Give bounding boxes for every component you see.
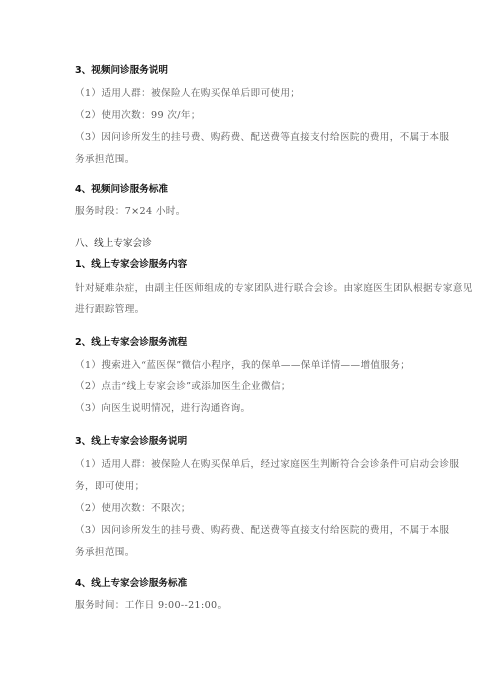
- list-item: （3）向医生说明情况，进行沟通咨询。: [75, 403, 251, 415]
- list-item: （1）搜索进入“蓝医保”微信小程序，我的保单——保单详情——增值服务；: [75, 360, 410, 372]
- list-item: （1）适用人群：被保险人在购买保单后即可使用；: [75, 88, 300, 100]
- section-heading: 4、视频问诊服务标准: [75, 184, 168, 196]
- section-heading: 1、线上专家会诊服务内容: [75, 259, 187, 271]
- section-heading: 2、线上专家会诊服务流程: [75, 337, 187, 349]
- section-heading: 3、视频问诊服务说明: [75, 65, 168, 77]
- chapter-heading: 八、线上专家会诊: [75, 238, 152, 250]
- list-item: （2）使用次数：99 次/年；: [75, 110, 201, 122]
- list-item: （2）点击“线上专家会诊”或添加医生企业微信；: [75, 381, 291, 393]
- section-heading: 4、线上专家会诊服务标准: [75, 578, 187, 590]
- list-item: （2）使用次数：不限次；: [75, 503, 191, 515]
- paragraph: 服务时段：7×24 小时。: [75, 206, 186, 218]
- paragraph: 针对疑难杂症，由副主任医师组成的专家团队进行联合会诊。由家庭医生团队根据专家意见: [75, 283, 473, 295]
- list-item: （3）因问诊所发生的挂号费、购药费、配送费等直接支付给医院的费用，不属于本服: [75, 132, 449, 144]
- list-item-continued: 务承担范围。: [75, 154, 135, 166]
- list-item-continued: 务承担范围。: [75, 547, 135, 559]
- list-item: （1）适用人群：被保险人在购买保单后，经过家庭医生判断符合会诊条件可启动会诊服: [75, 459, 459, 471]
- section-heading: 3、线上专家会诊服务说明: [75, 436, 187, 448]
- list-item: （3）因问诊所发生的挂号费、购药费、配送费等直接支付给医院的费用，不属于本服: [75, 525, 449, 537]
- paragraph: 服务时间：工作日 9:00--21:00。: [75, 600, 227, 612]
- paragraph-continued: 进行跟踪管理。: [75, 304, 145, 316]
- list-item-continued: 务，即可使用；: [75, 481, 145, 493]
